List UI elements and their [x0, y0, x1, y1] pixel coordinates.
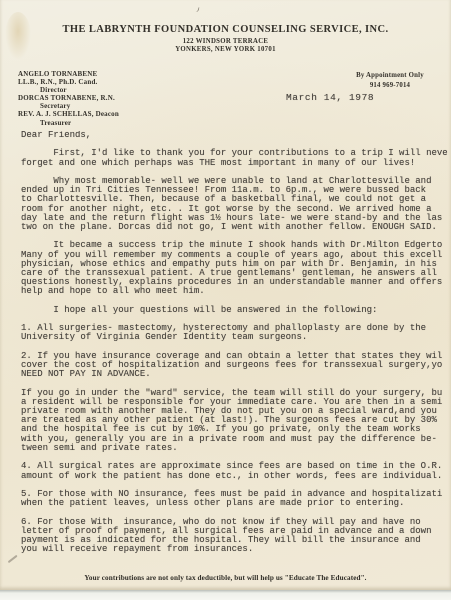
letter-content: Dear Friends, First, I'd like to thank y…: [21, 131, 451, 554]
letter-date: March 14, 1978: [286, 92, 374, 103]
letter-body: First, I'd like to thank you for your co…: [21, 149, 451, 554]
salutation: Dear Friends,: [21, 131, 451, 140]
org-name: THE LABRYNTH FOUNDATION COUNSELING SERVI…: [0, 24, 451, 35]
officers-list: ANGELO TORNABENE LL.B., R.N., Ph.D. Cand…: [18, 70, 208, 127]
appointment-block: By Appointment Only 914 969-7014: [340, 71, 440, 90]
appointment-note: By Appointment Only: [340, 71, 440, 81]
footer-tagline: Your contributions are not only tax dedu…: [0, 574, 451, 582]
letterhead: THE LABRYNTH FOUNDATION COUNSELING SERVI…: [0, 24, 451, 53]
officer-credentials: LL.B., R.N., Ph.D. Cand.: [18, 78, 208, 86]
officer-title: Treasurer: [18, 119, 208, 127]
officer-name: ANGELO TORNABENE: [18, 70, 208, 78]
scanner-bed-strip: [0, 590, 451, 600]
officer-name: DORCAS TORNABENE, R.N.: [18, 94, 208, 102]
org-address-line2: YONKERS, NEW YORK 10701: [0, 46, 451, 53]
officer-title: Secretary: [18, 102, 208, 110]
phone-number: 914 969-7014: [340, 81, 440, 91]
org-address-line1: 122 WINDSOR TERRACE: [0, 38, 451, 45]
officer-title: Director: [18, 86, 208, 94]
scanned-letter: THE LABRYNTH FOUNDATION COUNSELING SERVI…: [0, 0, 451, 600]
officer-name: REV. A. J. SCHELLAS, Deacon: [18, 110, 208, 118]
